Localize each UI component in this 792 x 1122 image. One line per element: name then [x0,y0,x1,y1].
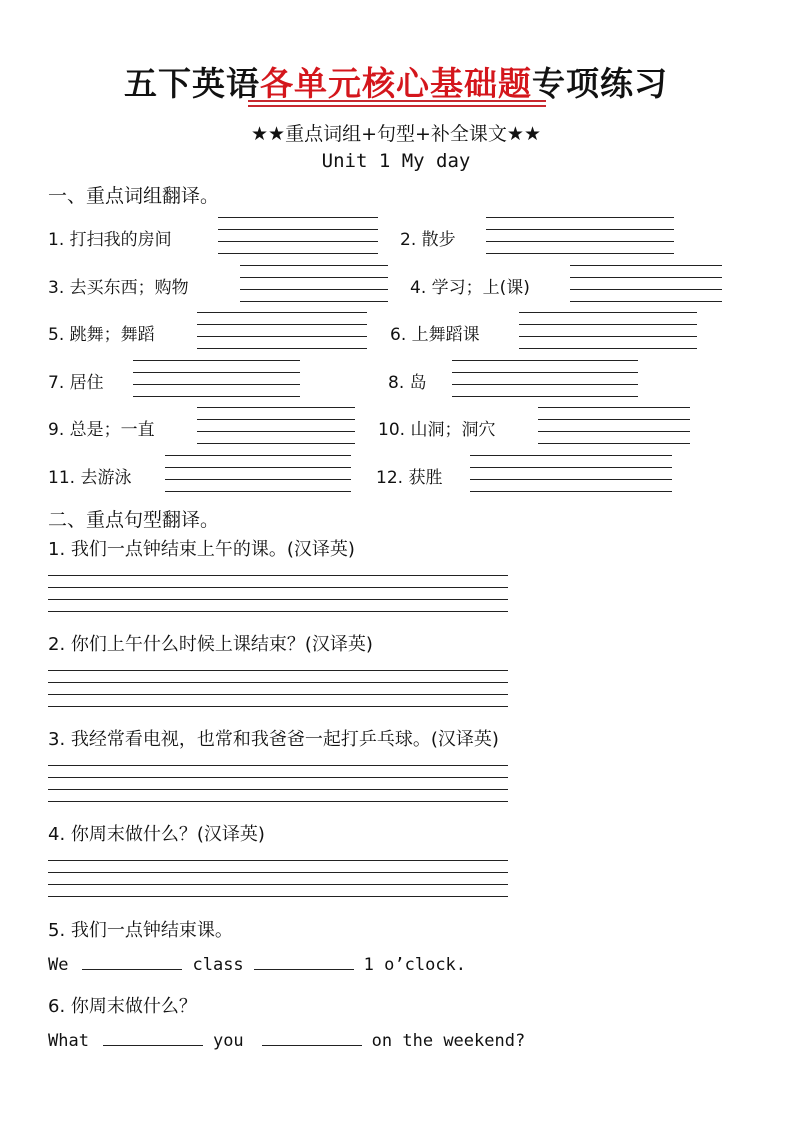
phrase-item-7: 7. 居住 [48,368,104,393]
phrase-item-2: 2. 散步 [400,225,456,250]
fill5-blank-1[interactable] [82,955,182,970]
answer-lines-7[interactable] [133,360,300,397]
sentence-question-2: 2. 你们上午什么时候上课结束？(汉译英) [48,630,373,656]
sentence-question-4: 4. 你周末做什么？(汉译英) [48,820,265,846]
subtitle: ★★重点词组+句型+补全课文★★ [0,119,792,146]
sentence-question-5: 5. 我们一点钟结束课。 [48,916,233,942]
fill6-word-1: What [48,1031,89,1051]
section-1-title: 一、重点词组翻译。 [48,181,219,208]
fill6-blank-2[interactable] [262,1031,362,1046]
answer-lines-2[interactable] [486,217,674,254]
section-2-title: 二、重点句型翻译。 [48,505,219,532]
fill6-word-2: you [213,1031,244,1051]
phrase-item-10: 10. 山洞；洞穴 [378,415,495,440]
title-highlight: 各单元核心基础题 [260,64,532,103]
sentence-question-3: 3. 我经常看电视，也常和我爸爸一起打乒乓球。(汉译英) [48,725,499,751]
answer-lines-12[interactable] [470,455,672,492]
answer-lines-1[interactable] [218,217,378,254]
unit-heading: Unit 1 My day [0,150,792,172]
phrase-item-3: 3. 去买东西；购物 [48,273,189,298]
fill5-word-2: class [192,955,243,975]
fill5-blank-2[interactable] [254,955,354,970]
answer-lines-q2[interactable] [48,670,508,707]
answer-lines-8[interactable] [452,360,638,397]
title-part-2: 专项练习 [532,64,668,103]
answer-lines-10[interactable] [538,407,690,444]
answer-lines-11[interactable] [165,455,351,492]
phrase-item-8: 8. 岛 [388,368,427,393]
phrase-item-1: 1. 打扫我的房间 [48,225,172,250]
fill6-blank-1[interactable] [103,1031,203,1046]
title-part-1: 五下英语 [124,64,260,103]
fill6-word-3: on the weekend? [372,1031,526,1051]
fill5-word-1: We [48,955,68,975]
phrase-item-5: 5. 跳舞；舞蹈 [48,320,155,345]
fill5-word-3: 1 o’clock. [364,955,466,975]
answer-lines-q1[interactable] [48,575,508,612]
phrase-item-4: 4. 学习；上(课) [410,273,530,298]
answer-lines-6[interactable] [519,312,697,349]
page-title: 五下英语各单元核心基础题专项练习 [0,58,792,105]
fill-sentence-6: Whatyouon the weekend? [48,1031,525,1051]
answer-lines-3[interactable] [240,265,388,302]
answer-lines-9[interactable] [197,407,355,444]
fill-sentence-5: Weclass1 o’clock. [48,955,466,975]
phrase-item-12: 12. 获胜 [376,463,442,488]
sentence-question-1: 1. 我们一点钟结束上午的课。(汉译英) [48,535,355,561]
phrase-item-9: 9. 总是；一直 [48,415,155,440]
answer-lines-5[interactable] [197,312,367,349]
phrase-item-11: 11. 去游泳 [48,463,131,488]
phrase-item-6: 6. 上舞蹈课 [390,320,480,345]
answer-lines-q3[interactable] [48,765,508,802]
answer-lines-4[interactable] [570,265,722,302]
sentence-question-6: 6. 你周末做什么？ [48,992,197,1018]
title-double-underline [248,100,546,107]
answer-lines-q4[interactable] [48,860,508,897]
